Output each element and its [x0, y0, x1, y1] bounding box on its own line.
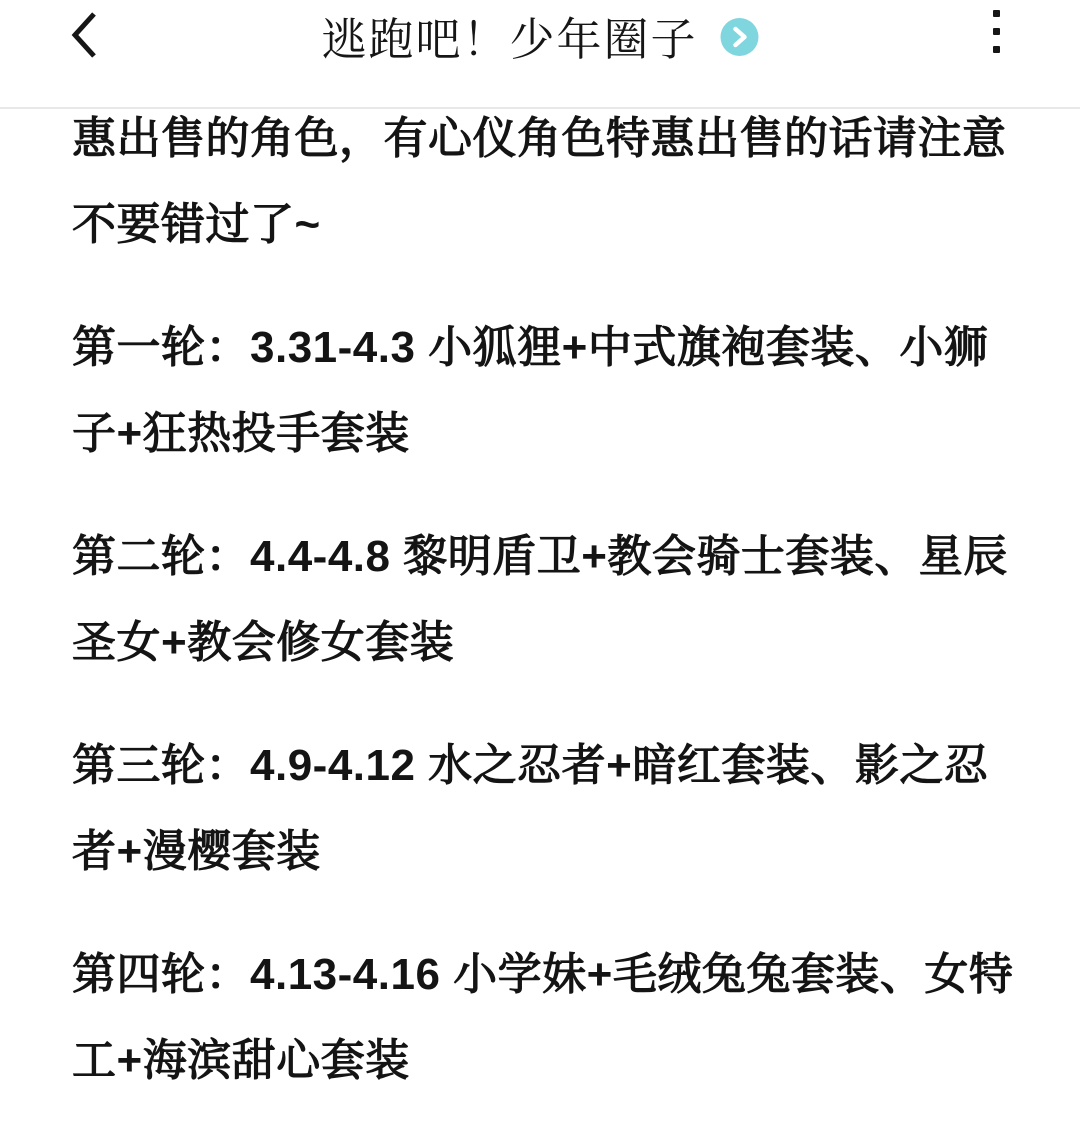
vertical-ellipsis-icon: [993, 10, 1000, 17]
text-line: 第四轮：4.13-4.16 小学妹+毛绒兔兔套装、女特: [72, 932, 1010, 1018]
post-content[interactable]: 惠出售的角色，有心仪角色特惠出售的话请注意 不要错过了~ 第一轮：3.31-4.…: [0, 109, 1080, 1144]
paragraph-round-4: 第四轮：4.13-4.16 小学妹+毛绒兔兔套装、女特 工+海滨甜心套装: [72, 932, 1010, 1104]
chevron-left-icon: [71, 11, 97, 59]
text-line: 者+漫樱套装: [72, 809, 1010, 895]
text-line: 第一轮：3.31-4.3 小狐狸+中式旗袍套装、小狮: [72, 305, 1010, 391]
page-title: 逃跑吧！少年圈子: [321, 3, 697, 68]
chevron-right-glyph: [731, 26, 749, 48]
paragraph-round-2: 第二轮：4.4-4.8 黎明盾卫+教会骑士套装、星辰 圣女+教会修女套装: [72, 514, 1010, 686]
paragraph-round-1: 第一轮：3.31-4.3 小狐狸+中式旗袍套装、小狮 子+狂热投手套装: [72, 305, 1010, 477]
vertical-ellipsis-icon: [993, 28, 1000, 35]
app-screen: 逃跑吧！少年圈子 惠出售的角色，有心仪角色特惠出售的话请注意 不要错过了~ 第一…: [0, 0, 1080, 1144]
text-line: 不要错过了~: [72, 182, 1010, 268]
text-line: 惠出售的角色，有心仪角色特惠出售的话请注意: [72, 109, 1010, 182]
text-line: 第二轮：4.4-4.8 黎明盾卫+教会骑士套装、星辰: [72, 514, 1010, 600]
paragraph-round-3: 第三轮：4.9-4.12 水之忍者+暗红套装、影之忍 者+漫樱套装: [72, 723, 1010, 895]
menu-button[interactable]: [974, 0, 1018, 70]
text-line: 第三轮：4.9-4.12 水之忍者+暗红套装、影之忍: [72, 723, 1010, 809]
text-line: 工+海滨甜心套装: [72, 1018, 1010, 1104]
chevron-right-circle-icon: [721, 18, 759, 56]
text-line: 圣女+教会修女套装: [72, 600, 1010, 686]
title-button[interactable]: 逃跑吧！少年圈子: [321, 0, 758, 70]
paragraph-intro: 惠出售的角色，有心仪角色特惠出售的话请注意 不要错过了~: [72, 109, 1010, 268]
app-bar: 逃跑吧！少年圈子: [0, 0, 1080, 107]
text-line: 子+狂热投手套装: [72, 391, 1010, 477]
vertical-ellipsis-icon: [993, 46, 1000, 53]
back-button[interactable]: [56, 0, 112, 70]
